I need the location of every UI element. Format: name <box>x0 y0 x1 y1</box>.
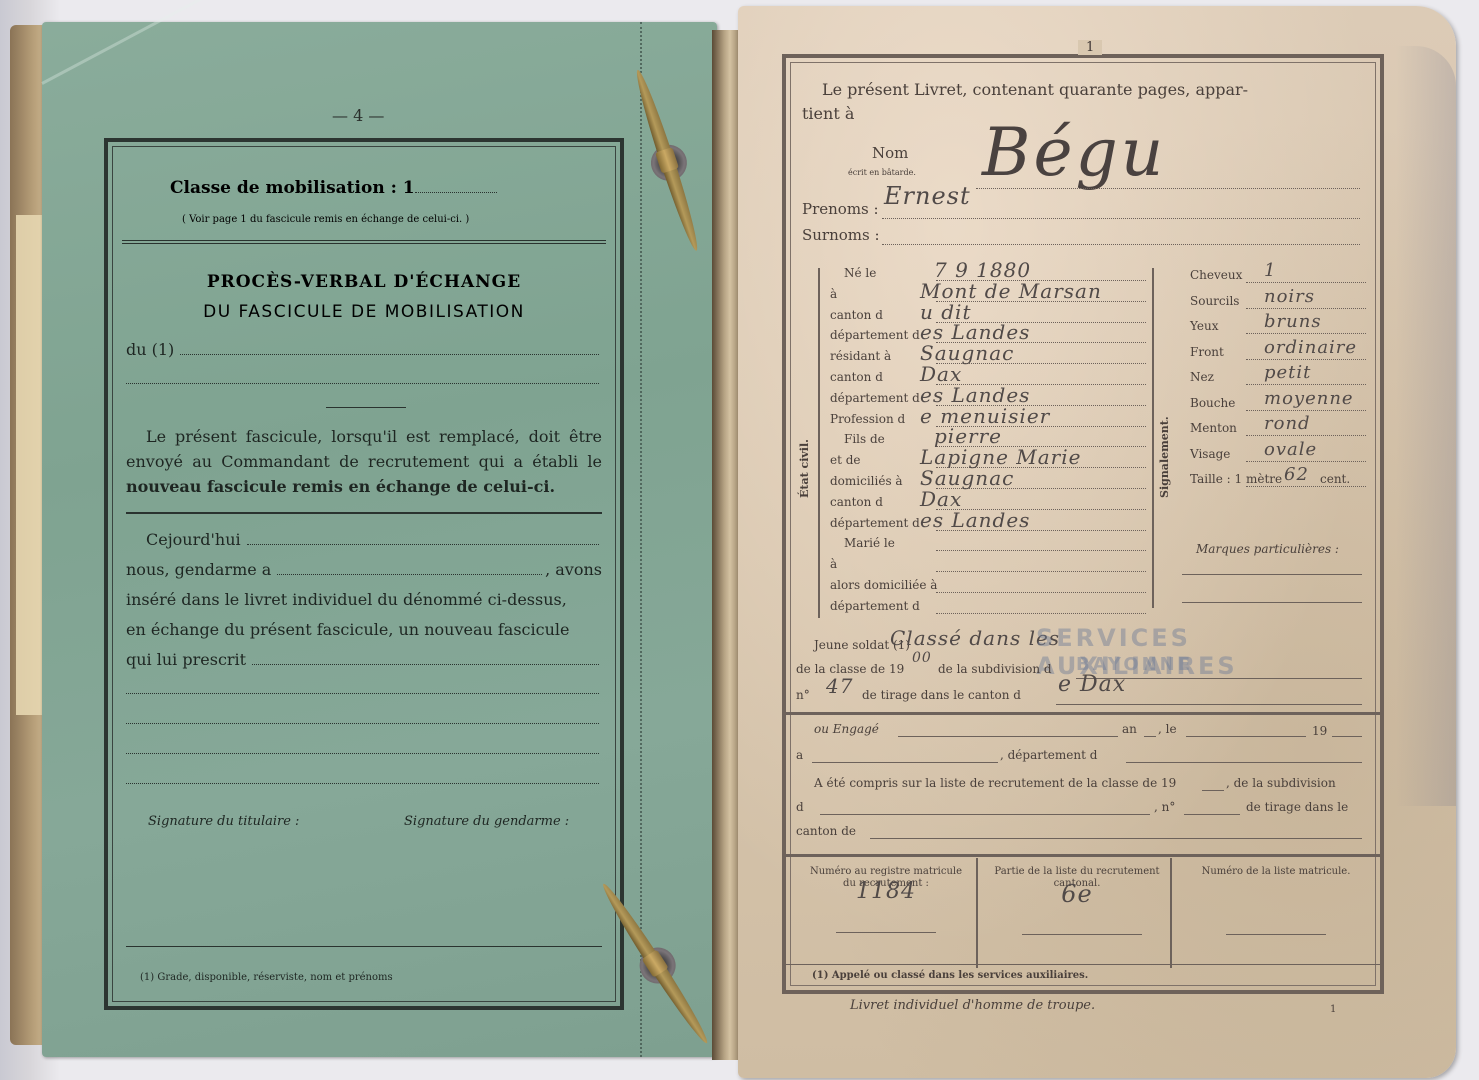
signalement-label: Front <box>1190 345 1224 359</box>
a-label: a <box>796 748 803 762</box>
year-line <box>1332 736 1362 737</box>
etat-civil-label: à <box>830 287 837 301</box>
a-line <box>812 762 998 763</box>
etat-civil-label: département d <box>830 328 920 342</box>
prescrit-line-4 <box>126 740 602 758</box>
etat-civil-label: canton d <box>830 495 883 509</box>
signalement-line <box>1246 359 1366 360</box>
year-19-label: 19 <box>1312 724 1327 738</box>
nom-line <box>976 188 1360 189</box>
table-cell-registre: Numéro au registre matricule du recrutem… <box>806 866 966 976</box>
signalement-label: Visage <box>1190 447 1230 461</box>
prenoms-value[interactable]: Ernest <box>884 182 971 210</box>
an-line <box>1144 736 1156 737</box>
prescrit-row: qui lui prescrit <box>126 650 602 669</box>
echange-row: en échange du présent fascicule, un nouv… <box>126 620 602 639</box>
signalement-label: Cheveux <box>1190 268 1242 282</box>
prescrit-field[interactable] <box>252 664 599 665</box>
canton-de-line <box>870 838 1362 839</box>
etat-civil-value[interactable]: es Landes <box>920 508 1030 532</box>
etat-civil-label: Fils de <box>844 432 885 446</box>
tirage2-label: de tirage dans le <box>1246 800 1348 814</box>
signalement-value[interactable]: noirs <box>1264 286 1315 307</box>
signalement-line <box>1246 333 1366 334</box>
registre-value[interactable]: 1184 <box>806 886 966 898</box>
signalement-value[interactable]: ovale <box>1264 439 1317 460</box>
signalement-label: Taille : 1 mètre <box>1190 472 1282 486</box>
tirage-canton-line <box>1056 704 1362 705</box>
table-separator <box>786 854 1380 857</box>
du-field-2[interactable] <box>126 383 599 384</box>
table-divider-2 <box>1170 858 1172 968</box>
perforation-line <box>640 22 642 1057</box>
tirage-value[interactable]: 47 <box>826 674 853 698</box>
proces-verbal-subtitle: DU FASCICULE DE MOBILISATION <box>108 302 620 322</box>
nom-sublabel: écrit en bâtarde. <box>848 168 916 177</box>
etat-civil-line <box>936 613 1146 614</box>
taille-suffix: cent. <box>1320 472 1350 486</box>
insere-row: inséré dans le livret individuel du déno… <box>126 590 602 609</box>
surnoms-line <box>882 244 1360 245</box>
etat-civil-label: canton d <box>830 308 883 322</box>
left-page-number: — 4 — <box>332 106 384 125</box>
footnote-rule <box>126 946 602 947</box>
partie-value[interactable]: 6e <box>992 888 1162 900</box>
canton-de-label: canton de <box>796 824 856 838</box>
jeune-soldat-value[interactable]: Classé dans les <box>890 626 1060 650</box>
du-continuation-row <box>126 370 602 388</box>
compris-line: A été compris sur la liste de recrutemen… <box>814 776 1176 790</box>
livret-intro-2: tient à <box>802 104 854 123</box>
signalement-label: Bouche <box>1190 396 1235 410</box>
livret-footer-page: 1 <box>1330 1004 1336 1015</box>
livret-footer-title: Livret individuel d'homme de troupe. <box>850 998 1095 1013</box>
livret-intro: Le présent Livret, contenant quarante pa… <box>822 80 1248 99</box>
du-field[interactable] <box>180 354 599 355</box>
signalement-divider <box>1152 268 1154 608</box>
gendarme-row: nous, gendarme a, avons <box>126 560 602 579</box>
engage-departement-label: , département d <box>1000 748 1097 762</box>
prescrit-label: qui lui prescrit <box>126 650 246 669</box>
signalement-value[interactable]: rond <box>1264 413 1311 434</box>
nom-label: Nom <box>872 144 908 162</box>
cejourdhui-field[interactable] <box>247 544 599 545</box>
le-line <box>1186 736 1306 737</box>
an-label: an <box>1122 722 1137 736</box>
d-line <box>820 814 1150 815</box>
prescrit-line-5 <box>126 770 602 788</box>
surnoms-label: Surnoms : <box>802 226 880 244</box>
tirage-label: de tirage dans le canton d <box>862 688 1021 702</box>
signalement-value[interactable]: moyenne <box>1264 388 1354 409</box>
du-label: du (1) <box>126 340 174 359</box>
table-cell-partie: Partie de la liste du recrutement canton… <box>992 866 1162 976</box>
signalement-line <box>1246 486 1366 487</box>
etat-civil-label: canton d <box>830 370 883 384</box>
right-page-number: 1 <box>1078 40 1102 55</box>
tirage-canton-value[interactable]: e Dax <box>1058 672 1126 697</box>
signalement-line <box>1246 435 1366 436</box>
le-label: , le <box>1158 722 1177 736</box>
etat-civil-label: département d <box>830 599 920 613</box>
short-separator <box>326 407 406 408</box>
proces-verbal-title: PROCÈS-VERBAL D'ÉCHANGE <box>108 272 620 292</box>
engage-line <box>898 736 1118 737</box>
etat-civil-label: résidant à <box>830 349 891 363</box>
engage-separator <box>786 712 1380 715</box>
prescrit-field-4[interactable] <box>126 753 599 754</box>
etat-civil-label: État civil. <box>798 439 811 498</box>
signalement-label: Signalement. <box>1158 416 1171 498</box>
prescrit-line-3 <box>126 710 602 728</box>
prescrit-field-3[interactable] <box>126 723 599 724</box>
signalement-line <box>1246 308 1366 309</box>
registre-line <box>836 932 936 933</box>
signalement-line <box>1246 384 1366 385</box>
table-cell-liste-matricule: Numéro de la liste matricule. <box>1186 866 1366 976</box>
etat-civil-line <box>936 592 1146 593</box>
gendarme-field[interactable] <box>277 574 542 575</box>
etat-civil-label: à <box>830 557 837 571</box>
instruction-text-1: Le présent fascicule, lorsqu'il est remp… <box>126 427 602 471</box>
signalement-line <box>1246 282 1366 283</box>
etat-civil-line <box>936 550 1146 551</box>
etat-civil-label: Marié le <box>844 536 895 550</box>
signalement-value[interactable]: bruns <box>1264 311 1322 332</box>
cejourdhui-row: Cejourd'hui <box>126 530 602 549</box>
du-field-row: du (1) <box>126 340 602 359</box>
signalement-label: Menton <box>1190 421 1237 435</box>
etat-civil-bracket <box>818 268 820 618</box>
prescrit-field-2[interactable] <box>126 693 599 694</box>
prescrit-field-5[interactable] <box>126 783 599 784</box>
footnote-appele: (1) Appelé ou classé dans les services a… <box>812 970 1088 981</box>
classe-value[interactable]: 00 <box>912 650 932 666</box>
engage-departement-line <box>1126 762 1362 763</box>
footnote-grade: (1) Grade, disponible, réserviste, nom e… <box>140 972 393 983</box>
etat-civil-label: département d <box>830 391 920 405</box>
partie-line <box>1022 934 1142 935</box>
no-label: , n° <box>1154 800 1175 814</box>
footnote-separator <box>786 964 1380 965</box>
insere-text: inséré dans le livret individuel du déno… <box>126 590 567 609</box>
classe-label: Classe de mobilisation : 1 <box>170 178 415 198</box>
etat-civil-label: département d <box>830 516 920 530</box>
classe-mobilisation: Classe de mobilisation : 1 <box>170 178 497 198</box>
voir-note: ( Voir page 1 du fascicule remis en écha… <box>182 214 469 225</box>
compris-year-line <box>1202 790 1224 791</box>
signature-gendarme-label: Signature du gendarme : <box>404 814 569 829</box>
instruction-text-2: nouveau fascicule remis en échange de ce… <box>126 477 555 496</box>
echange-text: en échange du présent fascicule, un nouv… <box>126 620 569 639</box>
proces-verbal-frame: Classe de mobilisation : 1 ( Voir page 1… <box>104 138 624 1010</box>
signalement-label: Sourcils <box>1190 294 1239 308</box>
prenoms-label: Prenoms : <box>802 200 879 218</box>
marques-line-2 <box>1182 602 1362 603</box>
classe-field[interactable] <box>415 192 497 193</box>
signalement-value[interactable]: petit <box>1264 362 1311 383</box>
cejourdhui-label: Cejourd'hui <box>146 530 241 549</box>
prescrit-line-2 <box>126 680 602 698</box>
livret-frame: 1 Le présent Livret, contenant quarante … <box>782 54 1384 994</box>
subdivision2-label: , de la subdivision <box>1226 776 1336 790</box>
tirage-prefix: n° <box>796 688 810 702</box>
table-divider-1 <box>976 858 978 968</box>
nom-value[interactable]: Bégu <box>982 114 1166 191</box>
instruction-paragraph: Le présent fascicule, lorsqu'il est remp… <box>126 424 602 499</box>
etat-civil-label: et de <box>830 453 861 467</box>
d-label: d <box>796 800 804 814</box>
signalement-value[interactable]: ordinaire <box>1264 337 1357 358</box>
signature-titulaire-label: Signature du titulaire : <box>148 814 299 829</box>
marques-line-1 <box>1182 574 1362 575</box>
liste-matricule-header: Numéro de la liste matricule. <box>1186 866 1366 878</box>
avons-label: , avons <box>545 560 602 579</box>
etat-civil-line <box>936 571 1146 572</box>
signalement-value[interactable]: 1 <box>1264 260 1276 281</box>
etat-civil-label: alors domiciliée à <box>830 578 937 592</box>
signalement-value[interactable]: 62 <box>1284 464 1309 485</box>
prenoms-line <box>882 218 1360 219</box>
etat-civil-label: Profession d <box>830 412 905 426</box>
signalement-line <box>1246 410 1366 411</box>
section-rule <box>126 512 602 514</box>
worn-page-edge <box>1396 46 1456 806</box>
liste-matricule-line <box>1226 934 1326 935</box>
gendarme-label: nous, gendarme a <box>126 560 271 579</box>
etat-civil-label: Né le <box>844 266 876 280</box>
marques-label: Marques particulières : <box>1196 542 1339 556</box>
double-rule <box>122 240 606 244</box>
signalement-line <box>1246 461 1366 462</box>
signalement-label: Yeux <box>1190 319 1218 333</box>
subdivision-label: de la subdivision d <box>938 662 1052 676</box>
right-page-livret: 1 Le présent Livret, contenant quarante … <box>738 6 1456 1078</box>
engage-label: ou Engagé <box>814 722 879 736</box>
signalement-label: Nez <box>1190 370 1214 384</box>
etat-civil-label: domiciliés à <box>830 474 903 488</box>
no-line <box>1184 814 1240 815</box>
